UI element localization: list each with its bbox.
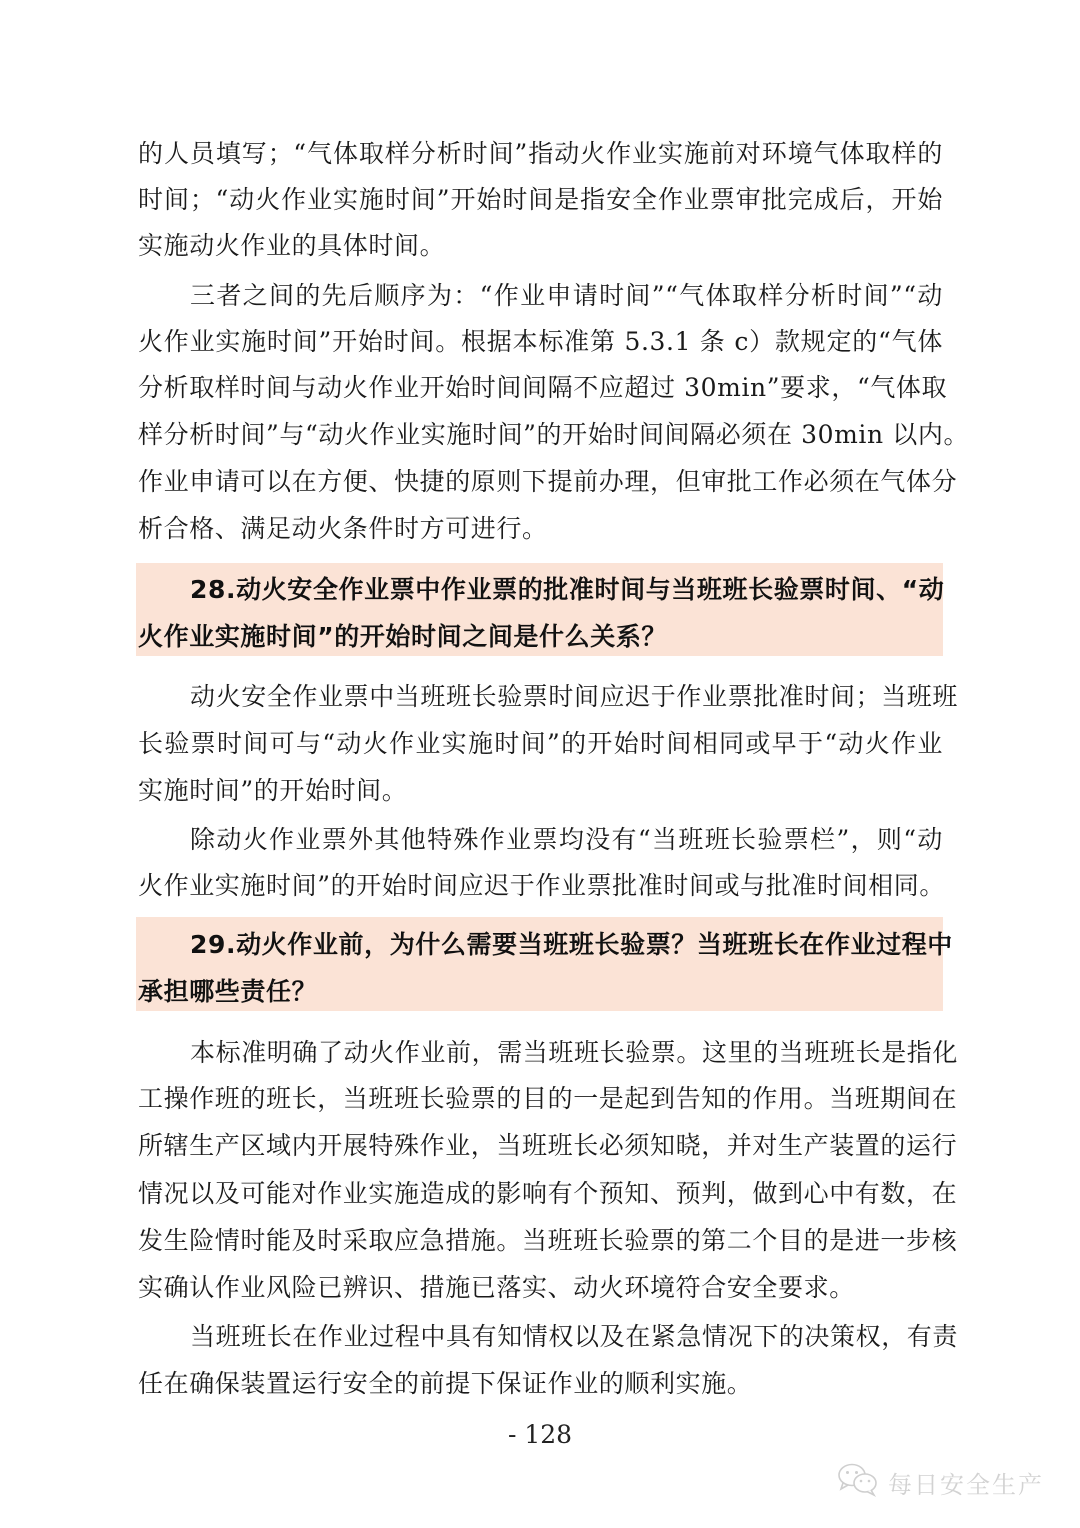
question-heading: 承担哪些责任？	[138, 975, 938, 1009]
answer-line: 所辖生产区域内开展特殊作业，当班班长必须知晓，并对生产装置的运行	[138, 1129, 943, 1163]
paragraph-line: 的人员填写；“气体取样分析时间”指动火作业实施前对环境气体取样的	[138, 137, 943, 171]
paragraph-line: 时间；“动火作业实施时间”开始时间是指安全作业票审批完成后，开始	[138, 183, 943, 217]
answer-line: 实施时间”的开始时间。	[138, 774, 943, 808]
question-heading: 火作业实施时间”的开始时间之间是什么关系？	[138, 620, 938, 654]
paragraph-line: 作业申请可以在方便、快捷的原则下提前办理，但审批工作必须在气体分	[138, 465, 943, 499]
answer-line: 任在确保装置运行安全的前提下保证作业的顺利实施。	[138, 1367, 943, 1401]
paragraph-line: 样分析时间”与“动火作业实施时间”的开始时间间隔必须在 30min 以内。	[138, 418, 943, 452]
document-page: 的人员填写；“气体取样分析时间”指动火作业实施前对环境气体取样的 时间；“动火作…	[0, 0, 1080, 1528]
wechat-icon	[836, 1462, 880, 1502]
answer-line: 当班班长在作业过程中具有知情权以及在紧急情况下的决策权，有责	[138, 1320, 943, 1354]
answer-line: 动火安全作业票中当班班长验票时间应迟于作业票批准时间；当班班	[138, 680, 943, 714]
question-heading: 28.动火安全作业票中作业票的批准时间与当班班长验票时间、“动	[138, 573, 938, 607]
watermark: 每日安全生产	[836, 1462, 1044, 1502]
answer-line: 工操作班的班长，当班班长验票的目的一是起到告知的作用。当班期间在	[138, 1082, 943, 1116]
paragraph-line: 实施动火作业的具体时间。	[138, 229, 943, 263]
paragraph-line: 火作业实施时间”开始时间。根据本标准第 5.3.1 条 c）款规定的“气体	[138, 325, 943, 359]
paragraph-line: 分析取样时间与动火作业开始时间间隔不应超过 30min”要求，“气体取	[138, 371, 943, 405]
page-number: - 128	[0, 1418, 1080, 1452]
answer-line: 发生险情时能及时采取应急措施。当班班长验票的第二个目的是进一步核	[138, 1224, 943, 1258]
answer-line: 实确认作业风险已辨识、措施已落实、动火环境符合安全要求。	[138, 1271, 943, 1305]
answer-line: 长验票时间可与“动火作业实施时间”的开始时间相同或早于“动火作业	[138, 727, 943, 761]
answer-line: 除动火作业票外其他特殊作业票均没有“当班班长验票栏”，则“动	[138, 823, 943, 857]
answer-line: 本标准明确了动火作业前，需当班班长验票。这里的当班班长是指化	[138, 1036, 943, 1070]
question-heading: 29.动火作业前，为什么需要当班班长验票？当班班长在作业过程中	[138, 928, 938, 962]
paragraph-line: 析合格、满足动火条件时方可进行。	[138, 512, 943, 546]
answer-line: 火作业实施时间”的开始时间应迟于作业票批准时间或与批准时间相同。	[138, 869, 943, 903]
paragraph-line: 三者之间的先后顺序为：“作业申请时间”“气体取样分析时间”“动	[138, 279, 943, 313]
watermark-text: 每日安全生产	[888, 1465, 1044, 1500]
answer-line: 情况以及可能对作业实施造成的影响有个预知、预判，做到心中有数，在	[138, 1177, 943, 1211]
